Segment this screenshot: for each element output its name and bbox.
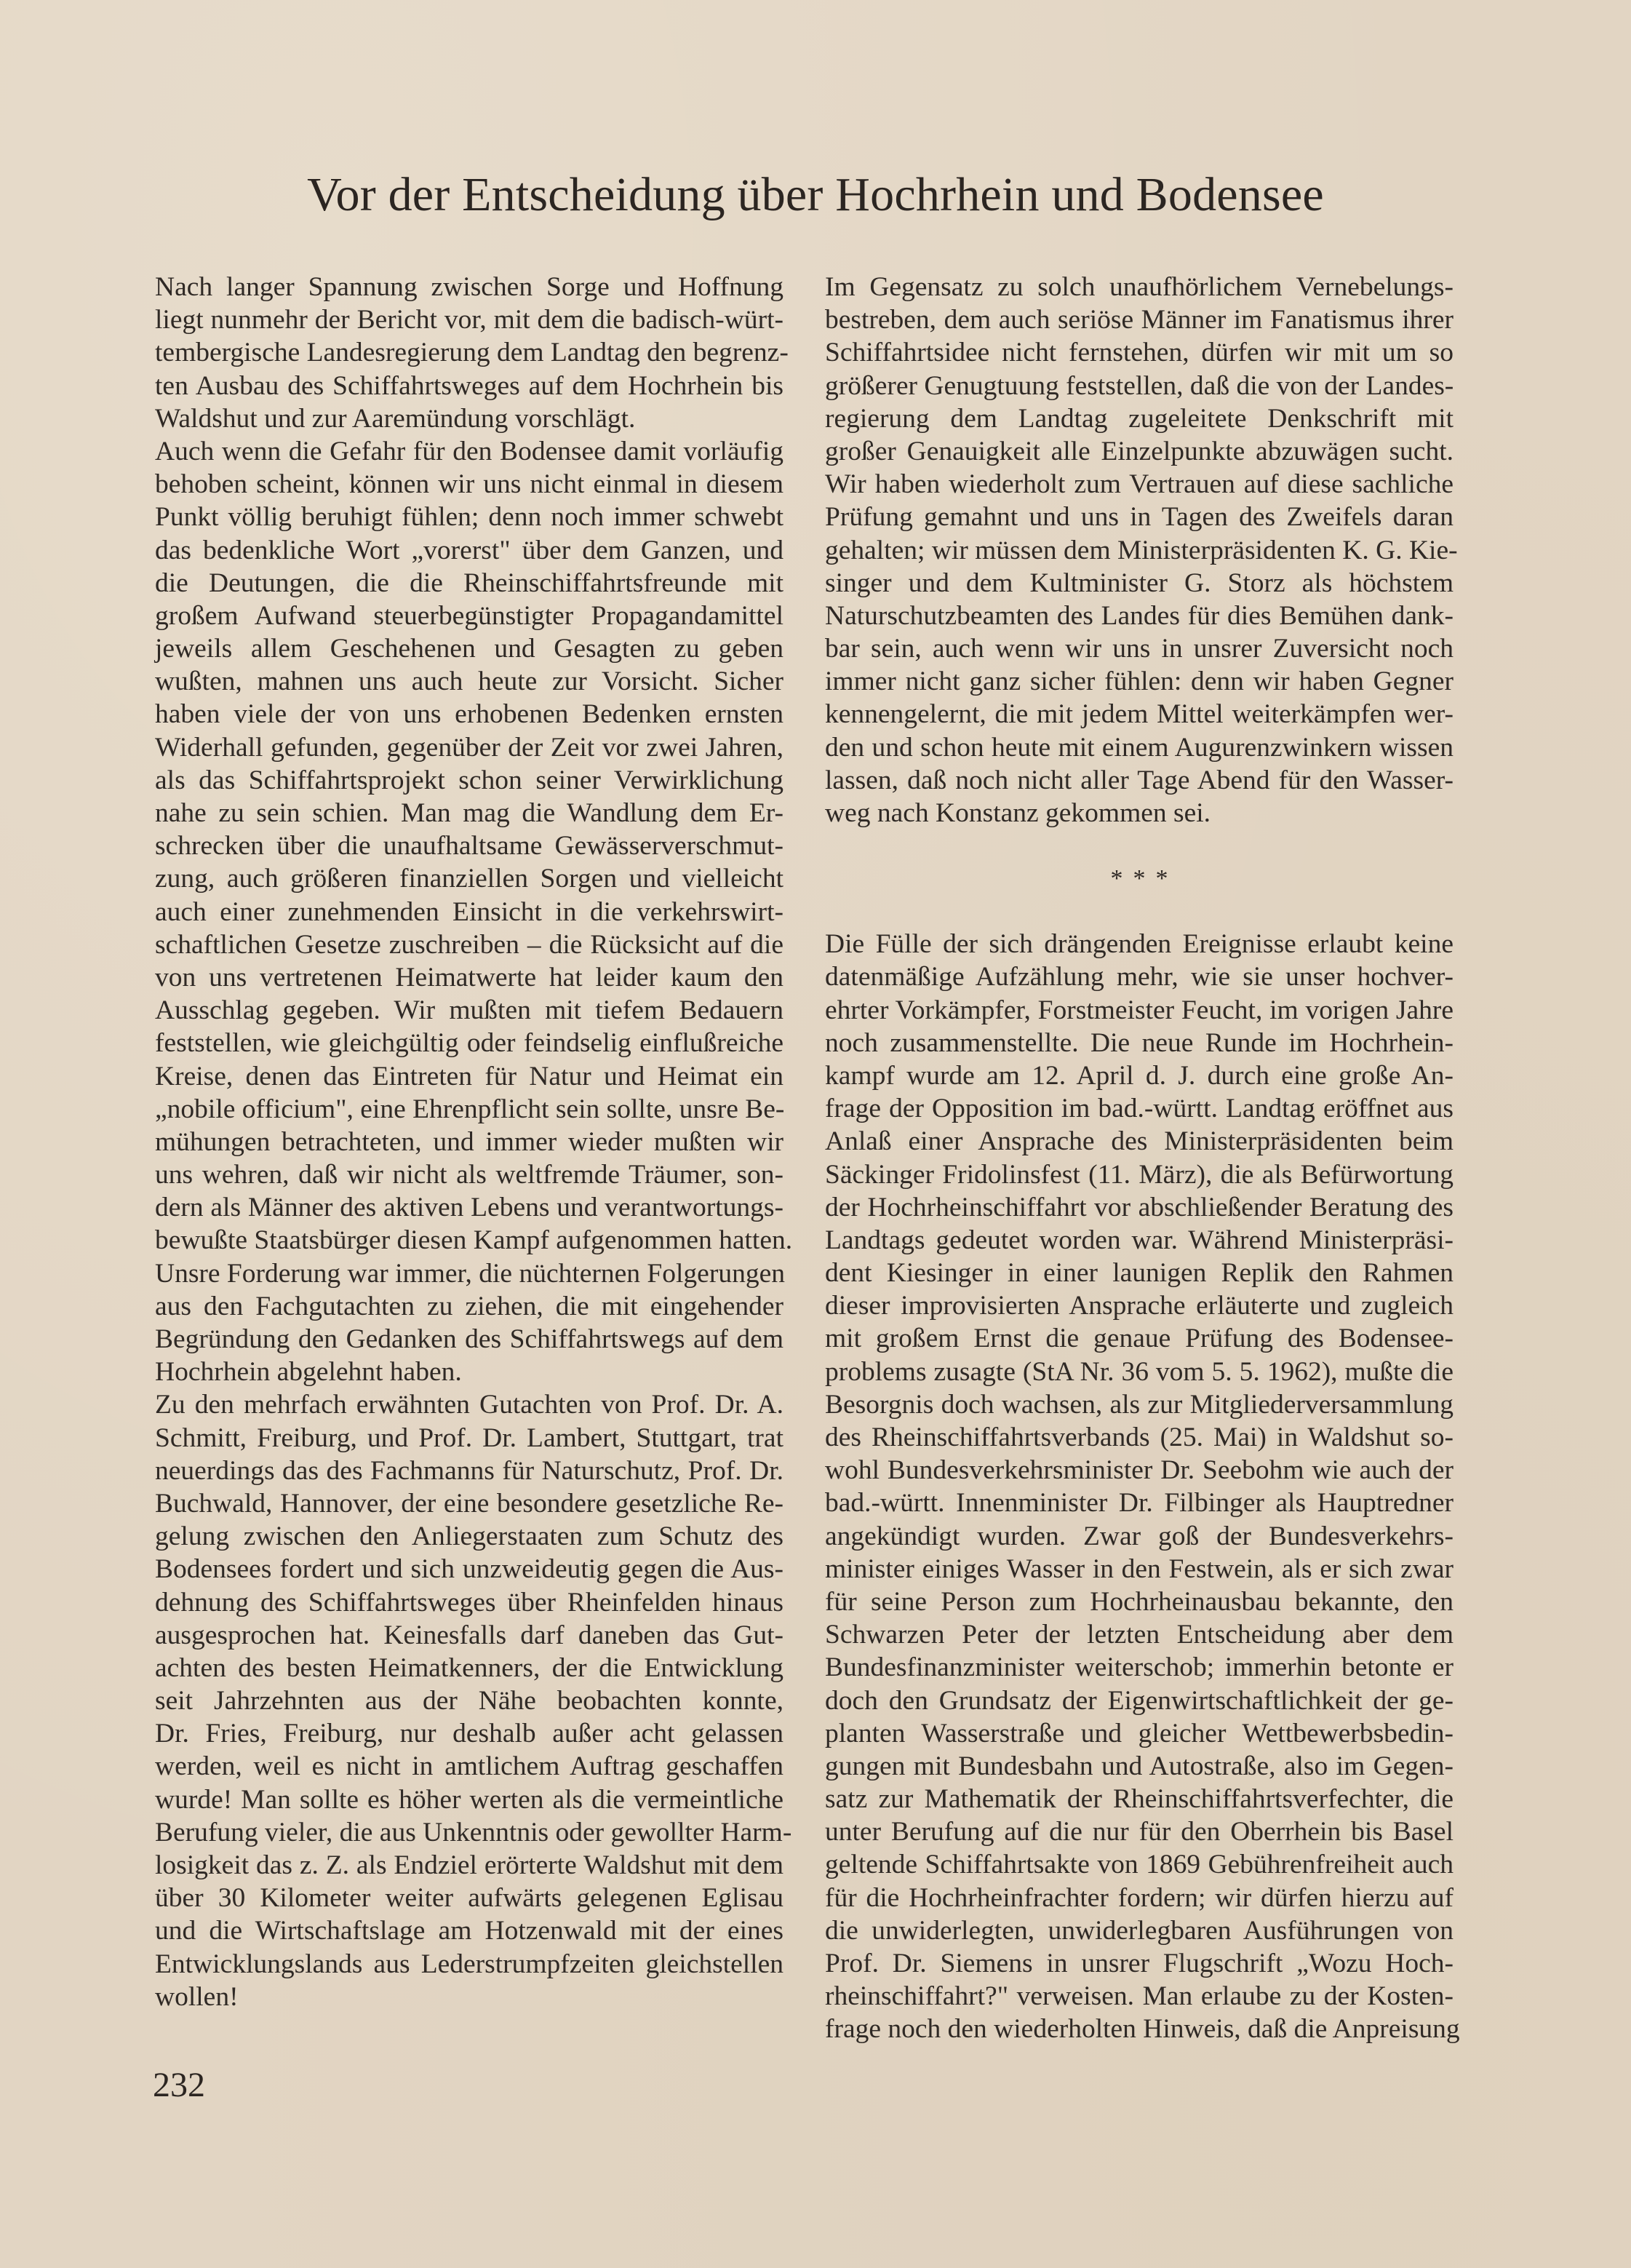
text-line: wußten, mahnen uns auch heute zur Vorsic… (155, 665, 783, 698)
text-line: dieser improvisierten Ansprache erläuter… (825, 1289, 1453, 1322)
text-line: Auch wenn die Gefahr für den Bodensee da… (155, 435, 783, 468)
text-line: seit Jahrzehnten aus der Nähe beobachten… (155, 1684, 783, 1717)
text-line: noch zusammenstellte. Die neue Runde im … (825, 1027, 1453, 1059)
text-line: Waldshut und zur Aaremündung vorschlägt. (155, 402, 783, 435)
text-line: immer nicht ganz sicher fühlen: denn wir… (825, 665, 1453, 698)
text-line: die Deutungen, die die Rheinschiffahrtsf… (155, 567, 783, 600)
text-line: Schmitt, Freiburg, und Prof. Dr. Lambert… (155, 1422, 783, 1455)
text-line: Buchwald, Hannover, der eine besondere g… (155, 1487, 783, 1520)
text-line: Berufung vieler, die aus Unkenntnis oder… (155, 1816, 783, 1849)
text-line: achten des besten Heimatkenners, der die… (155, 1652, 783, 1684)
text-line: der Hochrheinschiffahrt vor abschließend… (825, 1191, 1453, 1224)
text-line: kampf wurde am 12. April d. J. durch ein… (825, 1059, 1453, 1092)
text-line: Schwarzen Peter der letzten Entscheidung… (825, 1618, 1453, 1651)
text-line: als das Schiffahrtsprojekt schon seiner … (155, 764, 783, 797)
page-number: 232 (153, 2065, 205, 2106)
text-line: Ausschlag gegeben. Wir mußten mit tiefem… (155, 994, 783, 1027)
text-line: mühungen betrachteten, und immer wieder … (155, 1126, 783, 1158)
text-line: ausgesprochen hat. Keinesfalls darf dane… (155, 1619, 783, 1652)
text-line: Wir haben wiederholt zum Vertrauen auf d… (825, 468, 1453, 501)
text-line: planten Wasserstraße und gleicher Wettbe… (825, 1717, 1453, 1750)
text-line: regierung dem Landtag zugeleitete Denksc… (825, 402, 1453, 435)
text-line: satz zur Mathematik der Rheinschiffahrts… (825, 1783, 1453, 1815)
text-line: gungen mit Bundesbahn und Autostraße, al… (825, 1750, 1453, 1783)
left-column: Nach langer Spannung zwischen Sorge und … (155, 271, 783, 2013)
text-line: werden, weil es nicht in amtlichem Auftr… (155, 1750, 783, 1783)
text-line: dent Kiesinger in einer launigen Replik … (825, 1257, 1453, 1289)
text-line: Anlaß einer Ansprache des Ministerpräsid… (825, 1125, 1453, 1158)
text-line: bar sein, auch wenn wir uns in unsrer Zu… (825, 632, 1453, 665)
text-line: bestreben, dem auch seriöse Männer im Fa… (825, 303, 1453, 336)
text-line: behoben scheint, können wir uns nicht ei… (155, 468, 783, 501)
section-separator: *** (835, 829, 1453, 928)
text-line: frage der Opposition im bad.-württ. Land… (825, 1092, 1453, 1125)
text-line: wohl Bundesverkehrsminister Dr. Seebohm … (825, 1454, 1453, 1487)
text-line: Die Fülle der sich drängenden Ereignisse… (825, 928, 1453, 960)
text-line: Dr. Fries, Freiburg, nur deshalb außer a… (155, 1717, 783, 1750)
text-line: schrecken über die unaufhaltsame Gewässe… (155, 829, 783, 862)
text-line: ten Ausbau des Schiffahrtsweges auf dem … (155, 370, 783, 402)
text-line: großer Genauigkeit alle Einzelpunkte abz… (825, 435, 1453, 468)
text-line: doch den Grundsatz der Eigenwirtschaftli… (825, 1684, 1453, 1717)
text-line: großem Aufwand steuerbegünstigter Propag… (155, 600, 783, 632)
text-line: Hochrhein abgelehnt haben. (155, 1356, 783, 1388)
text-line: Prof. Dr. Siemens in unsrer Flugschrift … (825, 1947, 1453, 1980)
page-title: Vor der Entscheidung über Hochrhein und … (0, 166, 1631, 224)
text-line: angekündigt wurden. Zwar goß der Bundesv… (825, 1520, 1453, 1553)
text-line: das bedenkliche Wort „vorerst" über dem … (155, 534, 783, 567)
text-line: uns wehren, daß wir nicht als weltfremde… (155, 1158, 783, 1191)
text-line: für die Hochrheinfrachter fordern; wir d… (825, 1882, 1453, 1914)
text-line: größerer Genugtuung feststellen, daß die… (825, 370, 1453, 402)
text-line: Unsre Forderung war immer, die nüchterne… (155, 1257, 783, 1290)
text-line: Landtags gedeutet worden war. Während Mi… (825, 1224, 1453, 1257)
text-line: Widerhall gefunden, gegenüber der Zeit v… (155, 731, 783, 764)
text-line: frage noch den wiederholten Hinweis, daß… (825, 2013, 1453, 2045)
text-line: lassen, daß noch nicht aller Tage Abend … (825, 764, 1453, 797)
text-line: zung, auch größeren finanziellen Sorgen … (155, 862, 783, 895)
text-line: die unwiderlegten, unwiderlegbaren Ausfü… (825, 1914, 1453, 1947)
text-line: ehrter Vorkämpfer, Forstmeister Feucht, … (825, 994, 1453, 1027)
text-line: auch einer zunehmenden Einsicht in die v… (155, 896, 783, 928)
right-column-section-1: Im Gegensatz zu solch unaufhörlichem Ver… (825, 271, 1453, 829)
right-column: Im Gegensatz zu solch unaufhörlichem Ver… (825, 271, 1453, 2046)
text-line: Besorgnis doch wachsen, als zur Mitglied… (825, 1388, 1453, 1421)
text-line: schaftlichen Gesetze zuschreiben – die R… (155, 928, 783, 961)
text-line: Naturschutzbeamten des Landes für dies B… (825, 600, 1453, 632)
text-line: Schiffahrtsidee nicht fernstehen, dürfen… (825, 336, 1453, 369)
text-line: des Rheinschiffahrtsverbands (25. Mai) i… (825, 1421, 1453, 1454)
text-line: datenmäßige Aufzählung mehr, wie sie uns… (825, 960, 1453, 993)
text-line: Säckinger Fridolinsfest (11. März), die … (825, 1158, 1453, 1191)
text-line: den und schon heute mit einem Augurenzwi… (825, 731, 1453, 764)
text-line: für seine Person zum Hochrheinausbau bek… (825, 1585, 1453, 1618)
text-line: bewußte Staatsbürger diesen Kampf aufgen… (155, 1224, 783, 1257)
text-line: Begründung den Gedanken des Schiffahrtsw… (155, 1323, 783, 1356)
text-line: neuerdings das des Fachmanns für Natursc… (155, 1455, 783, 1487)
text-line: und die Wirtschaftslage am Hotzenwald mi… (155, 1914, 783, 1947)
text-line: weg nach Konstanz gekommen sei. (825, 797, 1453, 829)
right-column-section-2: Die Fülle der sich drängenden Ereignisse… (825, 928, 1453, 2045)
text-line: haben viele der von uns erhobenen Bedenk… (155, 698, 783, 731)
text-line: Zu den mehrfach erwähnten Gutachten von … (155, 1388, 783, 1421)
text-line: kennengelernt, die mit jedem Mittel weit… (825, 698, 1453, 731)
text-line: liegt nunmehr der Bericht vor, mit dem d… (155, 303, 783, 336)
text-line: von uns vertretenen Heimatwerte hat leid… (155, 961, 783, 994)
text-line: Im Gegensatz zu solch unaufhörlichem Ver… (825, 271, 1453, 303)
text-line: dehnung des Schiffahrtsweges über Rheinf… (155, 1586, 783, 1619)
text-line: Nach langer Spannung zwischen Sorge und … (155, 271, 783, 303)
text-line: mit großem Ernst die genaue Prüfung des … (825, 1322, 1453, 1355)
text-line: Punkt völlig beruhigt fühlen; denn noch … (155, 501, 783, 533)
text-line: problems zusagte (StA Nr. 36 vom 5. 5. 1… (825, 1356, 1453, 1388)
text-line: unter Berufung auf die nur für den Oberr… (825, 1815, 1453, 1848)
text-line: wurde! Man sollte es höher werten als di… (155, 1783, 783, 1816)
text-line: minister einiges Wasser in den Festwein,… (825, 1553, 1453, 1585)
text-line: gelung zwischen den Anliegerstaaten zum … (155, 1520, 783, 1553)
text-line: geltende Schiffahrtsakte von 1869 Gebühr… (825, 1848, 1453, 1881)
text-line: nahe zu sein schien. Man mag die Wandlun… (155, 797, 783, 829)
text-line: dern als Männer des aktiven Lebens und v… (155, 1191, 783, 1224)
text-line: bad.-württ. Innenminister Dr. Filbinger … (825, 1487, 1453, 1519)
text-line: Prüfung gemahnt und uns in Tagen des Zwe… (825, 501, 1453, 533)
text-line: Bodensees fordert und sich unzweideutig … (155, 1553, 783, 1585)
text-line: „nobile officium", eine Ehrenpflicht sei… (155, 1093, 783, 1126)
text-line: Entwicklungslands aus Lederstrumpfzeiten… (155, 1948, 783, 1981)
text-line: singer und dem Kultminister G. Storz als… (825, 567, 1453, 600)
text-line: wollen! (155, 1981, 783, 2013)
text-line: rheinschiffahrt?" verweisen. Man erlaube… (825, 1980, 1453, 2013)
text-line: jeweils allem Geschehenen und Gesagten z… (155, 632, 783, 665)
text-line: feststellen, wie gleichgültig oder feind… (155, 1027, 783, 1059)
text-line: über 30 Kilometer weiter aufwärts gelege… (155, 1882, 783, 1914)
text-line: Kreise, denen das Eintreten für Natur un… (155, 1060, 783, 1093)
text-line: Bundesfinanzminister weiterschob; immerh… (825, 1651, 1453, 1684)
text-line: tembergische Landesregierung dem Landtag… (155, 336, 783, 369)
text-line: gehalten; wir müssen dem Ministerpräside… (825, 534, 1453, 567)
text-line: aus den Fachgutachten zu ziehen, die mit… (155, 1290, 783, 1323)
text-line: losigkeit das z. Z. als Endziel erörtert… (155, 1849, 783, 1882)
